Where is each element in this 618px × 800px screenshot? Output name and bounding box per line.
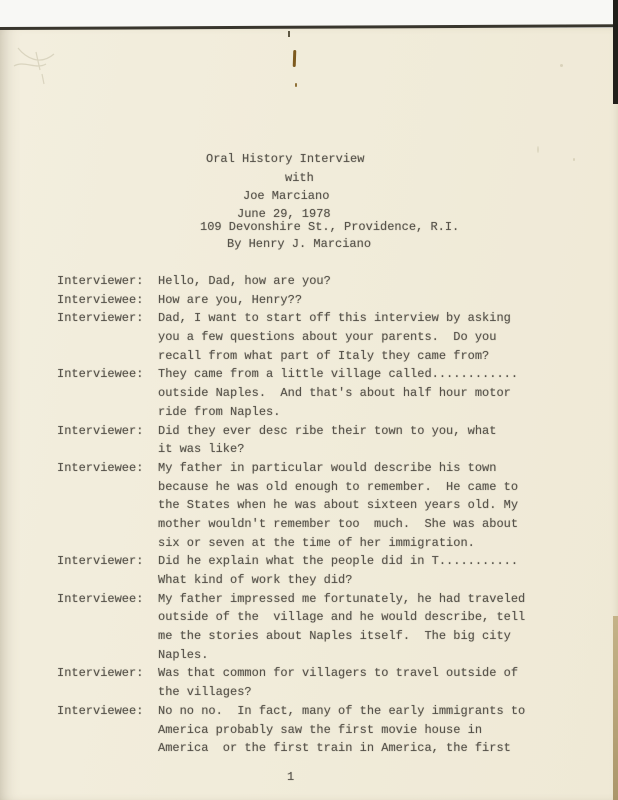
speaker-label: Interviewer: — [57, 554, 143, 568]
interview-address: 109 Devonshire St., Providence, R.I. — [200, 220, 459, 234]
speaker-label: Interviewer: — [57, 666, 143, 680]
transcript-row: What kind of work they did? — [0, 573, 618, 592]
dialogue-text: recall from what part of Italy they came… — [158, 349, 489, 363]
dialogue-text: it was like? — [158, 442, 244, 456]
transcript-row: because he was old enough to remember. H… — [0, 480, 618, 499]
speaker-label: Interviewee: — [57, 704, 143, 718]
transcript-row: you a few questions about your parents. … — [0, 330, 618, 349]
ink-blemish-mark — [293, 50, 297, 67]
transcript-row: outside of the village and he would desc… — [0, 610, 618, 629]
dialogue-text: Hello, Dad, how are you? — [158, 274, 331, 288]
speaker-label: Interviewee: — [57, 461, 143, 475]
speaker-label: Interviewer: — [57, 311, 143, 325]
dialogue-text: America or the first train in America, t… — [158, 741, 511, 755]
paper-speck — [560, 64, 563, 67]
dialogue-text: the States when he was about sixteen yea… — [158, 498, 518, 512]
dialogue-text: No no no. In fact, many of the early imm… — [158, 704, 525, 718]
dialogue-text: because he was old enough to remember. H… — [158, 480, 518, 494]
speaker-label: Interviewee: — [57, 293, 143, 307]
transcript-row: me the stories about Naples itself. The … — [0, 629, 618, 648]
dialogue-text: Naples. — [158, 648, 208, 662]
dialogue-text: outside Naples. And that's about half ho… — [158, 386, 511, 400]
dialogue-text: My father impressed me fortunately, he h… — [158, 592, 525, 606]
top-edge-tick-mark — [288, 31, 290, 37]
transcript-row: Interviewer: Dad, I want to start off th… — [0, 311, 618, 330]
dialogue-text: My father in particular would describe h… — [158, 461, 496, 475]
paper-speck — [573, 158, 575, 161]
transcript-row: six or seven at the time of her immigrat… — [0, 536, 618, 555]
transcript-row: recall from what part of Italy they came… — [0, 349, 618, 368]
title-with: with — [285, 171, 314, 185]
transcript-row: Interviewee: My father impressed me fort… — [0, 592, 618, 611]
dialogue-text: me the stories about Naples itself. The … — [158, 629, 511, 643]
paper-speck — [537, 146, 539, 153]
document-title: Oral History Interview — [206, 152, 364, 166]
transcript-row: ride from Naples. — [0, 405, 618, 424]
dialogue-text: ride from Naples. — [158, 405, 280, 419]
transcript-row: Interviewee: They came from a little vil… — [0, 367, 618, 386]
transcript-row: the villages? — [0, 685, 618, 704]
transcript-row: outside Naples. And that's about half ho… — [0, 386, 618, 405]
speaker-label: Interviewer: — [57, 424, 143, 438]
dialogue-text: They came from a little village called..… — [158, 367, 518, 381]
scanned-document-screenshot: Oral History Interview with Joe Marciano… — [0, 0, 618, 800]
interview-date: June 29, 1978 — [237, 207, 331, 221]
interviewee-name: Joe Marciano — [243, 189, 329, 203]
transcript-row: Interviewer: Did they ever desc ribe the… — [0, 424, 618, 443]
ink-blemish-dot — [295, 83, 297, 87]
transcript-row: mother wouldn't remember too much. She w… — [0, 517, 618, 536]
dialogue-text: How are you, Henry?? — [158, 293, 302, 307]
transcript-row: it was like? — [0, 442, 618, 461]
dialogue-text: you a few questions about your parents. … — [158, 330, 496, 344]
dialogue-text: outside of the village and he would desc… — [158, 610, 525, 624]
speaker-label: Interviewee: — [57, 367, 143, 381]
dialogue-text: Dad, I want to start off this interview … — [158, 311, 511, 325]
dialogue-text: America probably saw the first movie hou… — [158, 723, 482, 737]
speaker-label: Interviewer: — [57, 274, 143, 288]
dialogue-text: Did he explain what the people did in T.… — [158, 554, 518, 568]
scan-right-dark-edge — [613, 0, 618, 104]
transcript-row: Interviewer: Hello, Dad, how are you? — [0, 274, 618, 293]
dialogue-text: the villages? — [158, 685, 252, 699]
transcript-row: Interviewee: How are you, Henry?? — [0, 293, 618, 312]
transcript-row: America probably saw the first movie hou… — [0, 723, 618, 742]
dialogue-text: Was that common for villagers to travel … — [158, 666, 518, 680]
transcript-row: America or the first train in America, t… — [0, 741, 618, 760]
transcript-row: Interviewer: Did he explain what the peo… — [0, 554, 618, 573]
page-number: 1 — [287, 770, 294, 784]
transcript-row: Interviewee: My father in particular wou… — [0, 461, 618, 480]
transcript-row: the States when he was about sixteen yea… — [0, 498, 618, 517]
transcript-row: Interviewer: Was that common for village… — [0, 666, 618, 685]
pencil-scribble-mark — [6, 40, 68, 88]
interviewer-byline: By Henry J. Marciano — [227, 237, 371, 251]
speaker-label: Interviewee: — [57, 592, 143, 606]
dialogue-text: mother wouldn't remember too much. She w… — [158, 517, 518, 531]
dialogue-text: six or seven at the time of her immigrat… — [158, 536, 475, 550]
dialogue-text: What kind of work they did? — [158, 573, 352, 587]
transcript-row: Naples. — [0, 648, 618, 667]
dialogue-text: Did they ever desc ribe their town to yo… — [158, 424, 496, 438]
transcript: Interviewer: Hello, Dad, how are you? In… — [0, 274, 618, 760]
transcript-row: Interviewee: No no no. In fact, many of … — [0, 704, 618, 723]
